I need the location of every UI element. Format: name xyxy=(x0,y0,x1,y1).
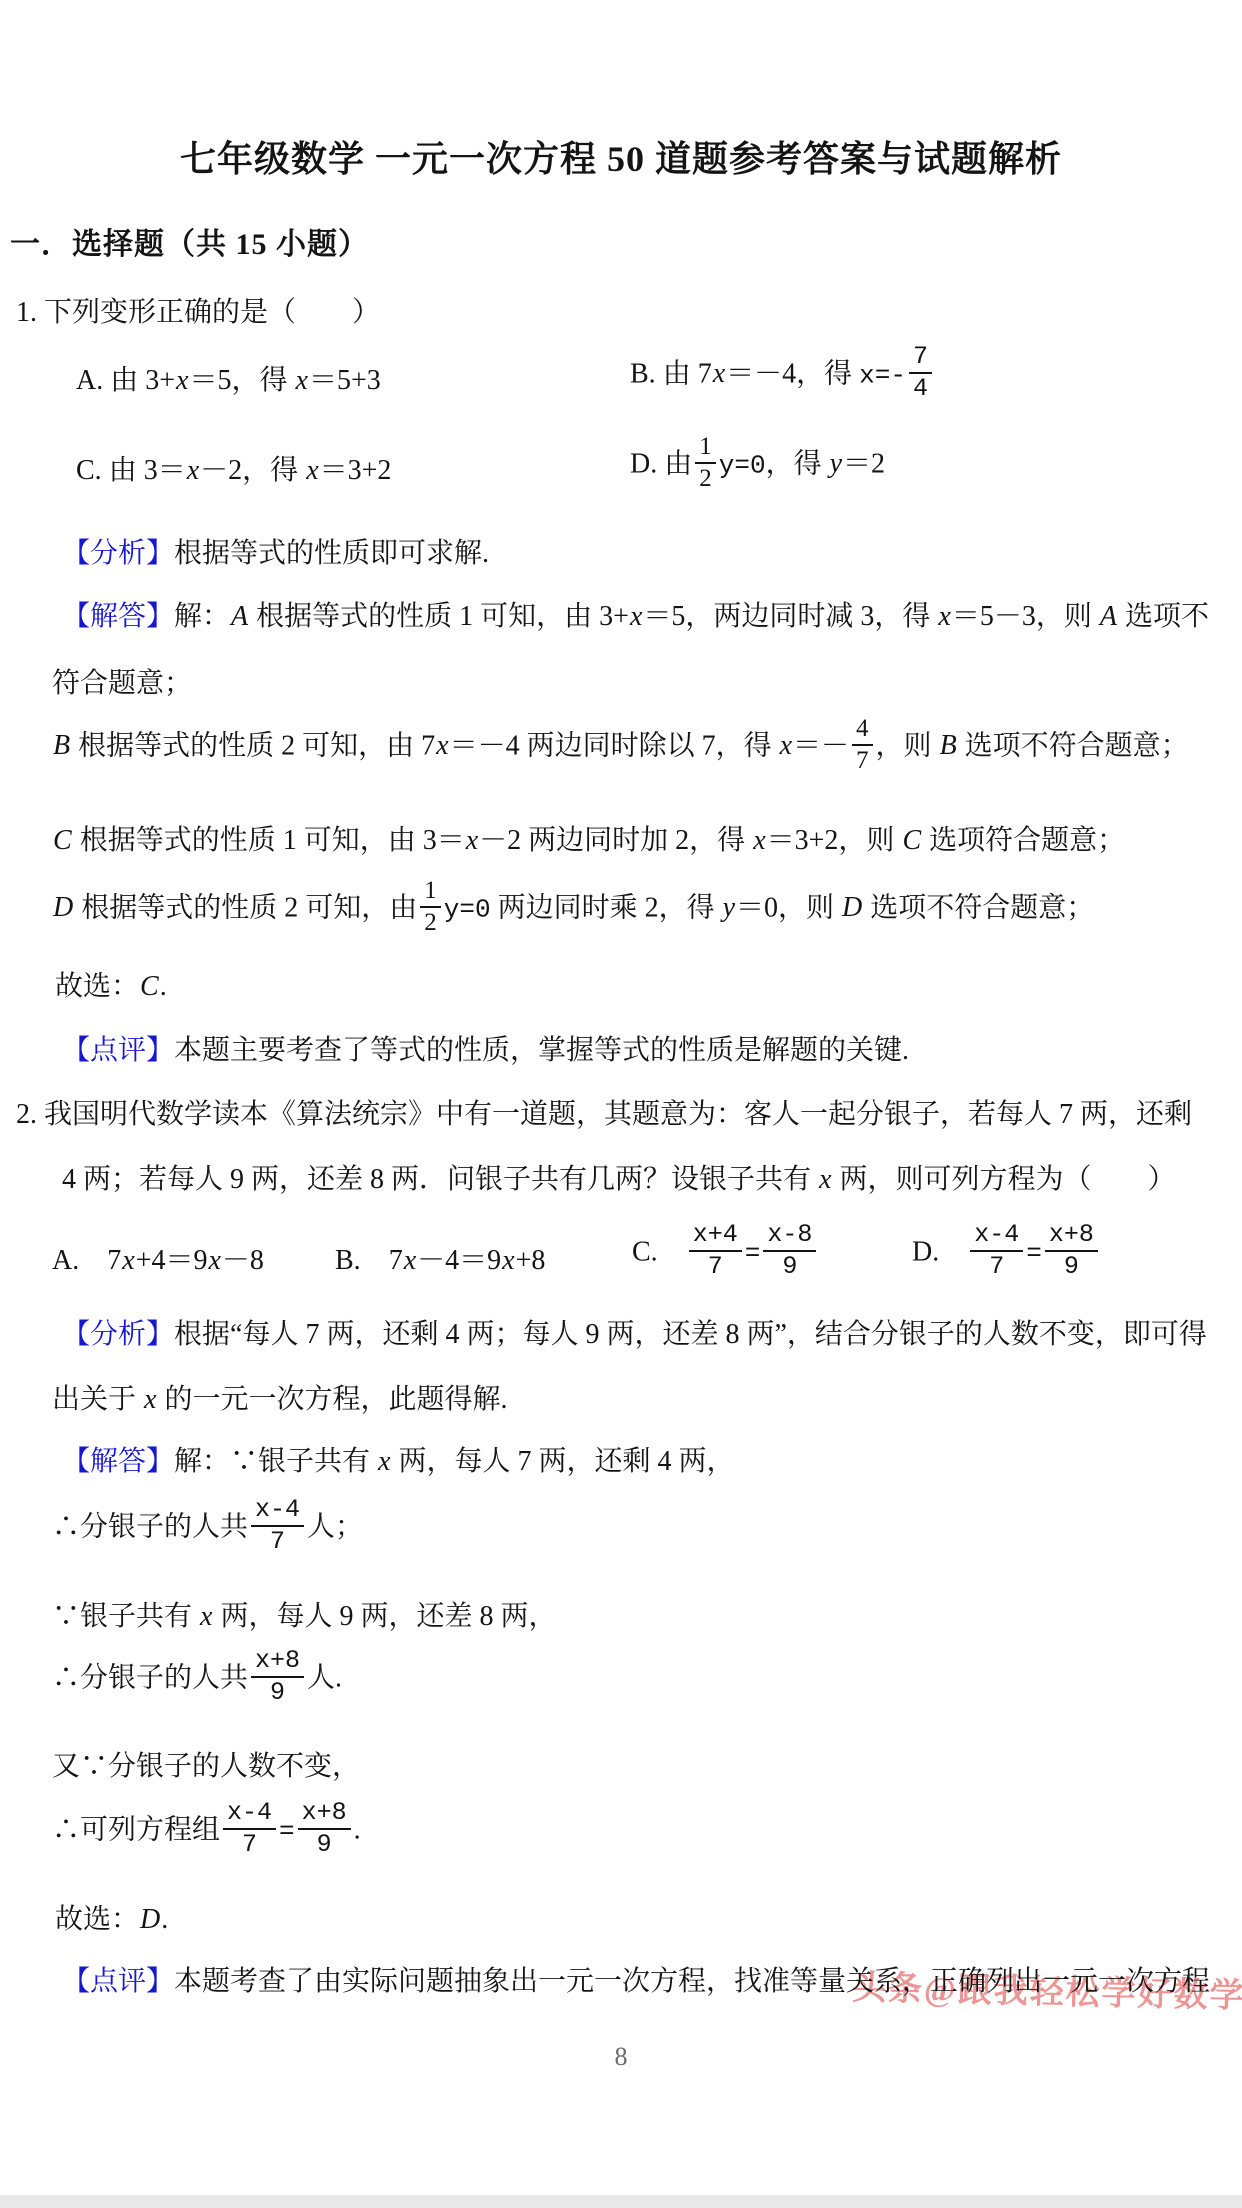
fraction-numerator: x+8 xyxy=(1045,1221,1098,1252)
math-text: B xyxy=(52,730,71,761)
math-text: = xyxy=(279,1816,295,1846)
text: 本题考查了由实际问题抽象出一元一次方程，找准等量关系，正确列出一元一次方程 xyxy=(174,1966,1210,1997)
math-text: A. xyxy=(76,365,103,396)
fraction-denominator: 2 xyxy=(695,464,716,493)
question-2-option-c: C. x+47=x-89 xyxy=(632,1224,819,1284)
text xyxy=(939,1236,967,1267)
math-text: = xyxy=(1026,1238,1042,1268)
math-text: y＝2 xyxy=(829,448,885,479)
math-text: B xyxy=(939,730,958,761)
text: 由 xyxy=(656,358,698,389)
fraction: x+89 xyxy=(1045,1221,1098,1281)
math-text: y=0 xyxy=(719,450,766,480)
text: ，则 xyxy=(838,825,901,856)
math-text: D xyxy=(52,892,74,923)
text: ，则 xyxy=(876,730,939,761)
text: 故选： xyxy=(55,1904,139,1935)
math-text: 3+x＝5 xyxy=(599,601,685,632)
text: 两边同时除以 7，得 xyxy=(520,730,779,761)
fraction-numerator: x-4 xyxy=(223,1799,276,1830)
text: 我国明代数学读本《算法统宗》中有一道题，其题意为：客人一起分银子，若每人 7 两… xyxy=(37,1099,1192,1130)
text: ，得 xyxy=(232,365,295,396)
label-tag: 【分析】 xyxy=(62,1319,174,1350)
fraction-denominator: 9 xyxy=(251,1678,304,1707)
text: ∴分银子的人共 xyxy=(52,1511,248,1542)
question-1-answer: 故选：C. xyxy=(55,966,167,1008)
text: ∴可列方程组 xyxy=(52,1814,220,1845)
fraction-denominator: 7 xyxy=(852,746,873,775)
math-text: x＝3+2 xyxy=(305,455,391,486)
fraction-denominator: 9 xyxy=(1045,1252,1098,1281)
math-text: 2. xyxy=(16,1099,37,1130)
question-1-option-b: B. 由 7x＝－4，得 x=-74 xyxy=(630,346,935,406)
text: 下列变形正确的是（ ） xyxy=(37,297,380,328)
fraction-numerator: 1 xyxy=(420,877,441,908)
fraction-denominator: 4 xyxy=(909,374,932,403)
fraction-numerator: x+8 xyxy=(298,1799,351,1830)
text: 根据等式的性质即可求解. xyxy=(174,538,489,569)
question-2-stem-line-1: 2. 我国明代数学读本《算法统宗》中有一道题，其题意为：客人一起分银子，若每人 … xyxy=(16,1094,1192,1136)
fraction-numerator: x-4 xyxy=(251,1496,304,1527)
fraction-numerator: x+4 xyxy=(689,1221,742,1252)
text: 出关于 xyxy=(52,1384,143,1415)
document-page: 七年级数学 一元一次方程 50 道题参考答案与试题解析 一．选择题（共 15 小… xyxy=(0,0,1242,2208)
text: . xyxy=(354,1814,361,1845)
page-number: 8 xyxy=(0,2036,1242,2078)
fraction: x+89 xyxy=(251,1647,304,1707)
text: ∴分银子的人共 xyxy=(52,1662,248,1693)
label-tag: 【解答】 xyxy=(62,601,174,632)
math-text: B. xyxy=(335,1245,361,1276)
math-text: D. xyxy=(139,1904,168,1935)
text xyxy=(79,1245,107,1276)
text: 人； xyxy=(307,1511,363,1542)
math-text: 3+x＝5 xyxy=(145,365,231,396)
text: 解：∵银子共有 xyxy=(174,1446,377,1477)
text: 选项符合题意； xyxy=(922,825,1125,856)
question-1-option-c: C. 由 3＝x－2，得 x＝3+2 xyxy=(76,450,391,492)
text: ，得 xyxy=(242,455,305,486)
text: 根据等式的性质 1 可知，由 xyxy=(249,601,599,632)
question-2-solution-line-6: ∴可列方程组x-47=x+89. xyxy=(52,1802,361,1862)
math-text: y=0 xyxy=(444,894,491,924)
text: 由 xyxy=(657,448,692,479)
math-text: 7x+4＝9x－8 xyxy=(107,1245,264,1276)
math-text: y＝0 xyxy=(722,892,778,923)
math-text: x xyxy=(199,1601,213,1632)
text: 根据等式的性质 2 可知，由 xyxy=(74,892,417,923)
math-text: C. xyxy=(632,1236,658,1267)
fraction: 74 xyxy=(909,343,932,403)
text: 4 两；若每人 9 两，还差 8 两．问银子共有几两？设银子共有 xyxy=(62,1164,818,1195)
question-2-answer: 故选：D. xyxy=(55,1899,168,1941)
question-1-solution-line-3: B 根据等式的性质 2 可知，由 7x＝－4 两边同时除以 7，得 x＝－47，… xyxy=(52,718,1189,778)
math-text: C xyxy=(52,825,73,856)
text: 选项不符合题意； xyxy=(863,892,1094,923)
text xyxy=(658,1236,686,1267)
text: ，两边同时减 3，得 xyxy=(685,601,937,632)
text: 人. xyxy=(307,1662,342,1693)
math-text: A xyxy=(230,601,249,632)
text: 选项不 xyxy=(1118,601,1209,632)
text: ∵银子共有 xyxy=(52,1601,199,1632)
text: 两边同时乘 2，得 xyxy=(491,892,722,923)
question-2-comment: 【点评】本题考查了由实际问题抽象出一元一次方程，找准等量关系，正确列出一元一次方… xyxy=(62,1961,1210,2003)
text: 由 xyxy=(102,455,144,486)
question-2-solution-line-2: ∴分银子的人共x-47人； xyxy=(52,1499,363,1559)
fraction-numerator: x-4 xyxy=(970,1221,1023,1252)
fraction: x-47 xyxy=(223,1799,276,1859)
text: 两边同时加 2，得 xyxy=(521,825,752,856)
text: 两，每人 9 两，还差 8 两， xyxy=(213,1601,556,1632)
math-text: 7x－4＝9x+8 xyxy=(389,1245,546,1276)
math-text: D. xyxy=(912,1236,939,1267)
math-text: D. xyxy=(630,448,657,479)
text: 解： xyxy=(174,601,230,632)
math-text: A. xyxy=(52,1245,79,1276)
text: ，则 xyxy=(1036,601,1099,632)
fraction-numerator: x-8 xyxy=(763,1221,816,1252)
question-2-option-a: A. 7x+4＝9x－8 xyxy=(52,1240,264,1282)
question-1-analysis: 【分析】根据等式的性质即可求解. xyxy=(62,533,489,575)
question-1-option-a: A. 由 3+x＝5，得 x＝5+3 xyxy=(76,360,381,402)
label-tag: 【点评】 xyxy=(62,1966,174,1997)
question-1-solution-line-5: D 根据等式的性质 2 可知，由12y=0 两边同时乘 2，得 y＝0，则 D … xyxy=(52,880,1094,940)
fraction-denominator: 9 xyxy=(298,1830,351,1859)
text: 故选： xyxy=(55,971,139,1002)
fraction-denominator: 7 xyxy=(223,1830,276,1859)
document-title: 七年级数学 一元一次方程 50 道题参考答案与试题解析 xyxy=(0,138,1242,180)
fraction-denominator: 7 xyxy=(689,1252,742,1281)
fraction: x+89 xyxy=(298,1799,351,1859)
math-text: A xyxy=(1099,601,1118,632)
math-text: x xyxy=(143,1384,157,1415)
fraction: x-47 xyxy=(970,1221,1023,1281)
fraction-numerator: 7 xyxy=(909,343,932,374)
question-1-solution-line-2: 符合题意； xyxy=(52,663,192,705)
math-text: 7x＝－4 xyxy=(421,730,519,761)
question-1-option-d: D. 由12y=0，得 y＝2 xyxy=(630,436,885,496)
question-2-stem-line-2: 4 两；若每人 9 两，还差 8 两．问银子共有几两？设银子共有 x 两，则可列… xyxy=(62,1159,1175,1201)
question-2-option-b: B. 7x－4＝9x+8 xyxy=(335,1240,545,1282)
question-1-solution-line-4: C 根据等式的性质 1 可知，由 3＝x－2 两边同时加 2，得 x＝3+2，则… xyxy=(52,820,1125,862)
math-text: x＝5－3 xyxy=(937,601,1035,632)
bottom-gray-bar xyxy=(0,2195,1242,2208)
text: ，得 xyxy=(796,358,859,389)
fraction: x-89 xyxy=(763,1221,816,1281)
question-2-solution-line-3: ∵银子共有 x 两，每人 9 两，还差 8 两， xyxy=(52,1596,556,1638)
math-text: B. xyxy=(630,358,656,389)
fraction-numerator: x+8 xyxy=(251,1647,304,1678)
math-text: x xyxy=(377,1446,391,1477)
question-1-stem: 1. 下列变形正确的是（ ） xyxy=(16,292,380,334)
fraction-numerator: 1 xyxy=(695,433,716,464)
label-tag: 【分析】 xyxy=(62,538,174,569)
fraction: 47 xyxy=(852,715,873,775)
math-text: = xyxy=(745,1238,761,1268)
math-text: 1. xyxy=(16,297,37,328)
text: 根据“每人 7 两，还剩 4 两；每人 9 两，还差 8 两”，结合分银子的人数… xyxy=(174,1319,1207,1350)
fraction: 12 xyxy=(695,433,716,493)
text: 两，则可列方程为（ ） xyxy=(832,1164,1175,1195)
math-text: 3＝x－2 xyxy=(144,455,242,486)
math-text: 7x＝－4 xyxy=(698,358,796,389)
text xyxy=(361,1245,389,1276)
fraction: 12 xyxy=(420,877,441,937)
math-text: C. xyxy=(139,971,167,1002)
fraction-numerator: 4 xyxy=(852,715,873,746)
text: 选项不符合题意； xyxy=(958,730,1189,761)
math-text: x＝－ xyxy=(779,730,849,761)
fraction-denominator: 2 xyxy=(420,908,441,937)
text: 本题主要考查了等式的性质，掌握等式的性质是解题的关键. xyxy=(174,1035,909,1066)
fraction-denominator: 9 xyxy=(763,1252,816,1281)
label-tag: 【点评】 xyxy=(62,1035,174,1066)
fraction-denominator: 7 xyxy=(970,1252,1023,1281)
math-text: x xyxy=(818,1164,832,1195)
text: 由 xyxy=(103,365,145,396)
math-text: D xyxy=(841,892,863,923)
text: 一．选择题（共 15 小题） xyxy=(10,228,369,261)
math-text: C. xyxy=(76,455,102,486)
text: 的一元一次方程，此题得解. xyxy=(157,1384,507,1415)
text: ，则 xyxy=(778,892,841,923)
label-tag: 【解答】 xyxy=(62,1446,174,1477)
text: ，得 xyxy=(766,448,829,479)
question-2-solution-line-1: 【解答】解：∵银子共有 x 两，每人 7 两，还剩 4 两， xyxy=(62,1441,734,1483)
section-heading: 一．选择题（共 15 小题） xyxy=(10,224,369,266)
math-text: x＝5+3 xyxy=(295,365,381,396)
fraction-denominator: 7 xyxy=(251,1527,304,1556)
text: 又∵分银子的人数不变， xyxy=(52,1751,360,1782)
math-text: x＝3+2 xyxy=(752,825,838,856)
math-text: C xyxy=(901,825,922,856)
math-text: 3＝x－2 xyxy=(423,825,521,856)
text: 两，每人 7 两，还剩 4 两， xyxy=(391,1446,734,1477)
question-2-option-d: D. x-47=x+89 xyxy=(912,1224,1101,1284)
text: 根据等式的性质 2 可知，由 xyxy=(71,730,421,761)
question-1-comment: 【点评】本题主要考查了等式的性质，掌握等式的性质是解题的关键. xyxy=(62,1030,909,1072)
question-2-solution-line-5: 又∵分银子的人数不变， xyxy=(52,1746,360,1788)
text: 根据等式的性质 1 可知，由 xyxy=(73,825,423,856)
math-text: x=- xyxy=(859,360,906,390)
fraction: x-47 xyxy=(251,1496,304,1556)
fraction: x+47 xyxy=(689,1221,742,1281)
question-2-analysis-line-1: 【分析】根据“每人 7 两，还剩 4 两；每人 9 两，还差 8 两”，结合分银… xyxy=(62,1314,1207,1356)
text: 符合题意； xyxy=(52,668,192,699)
question-2-analysis-line-2: 出关于 x 的一元一次方程，此题得解. xyxy=(52,1379,507,1421)
question-1-solution-line-1: 【解答】解：A 根据等式的性质 1 可知，由 3+x＝5，两边同时减 3，得 x… xyxy=(62,596,1209,638)
question-2-solution-line-4: ∴分银子的人共x+89人. xyxy=(52,1650,342,1710)
